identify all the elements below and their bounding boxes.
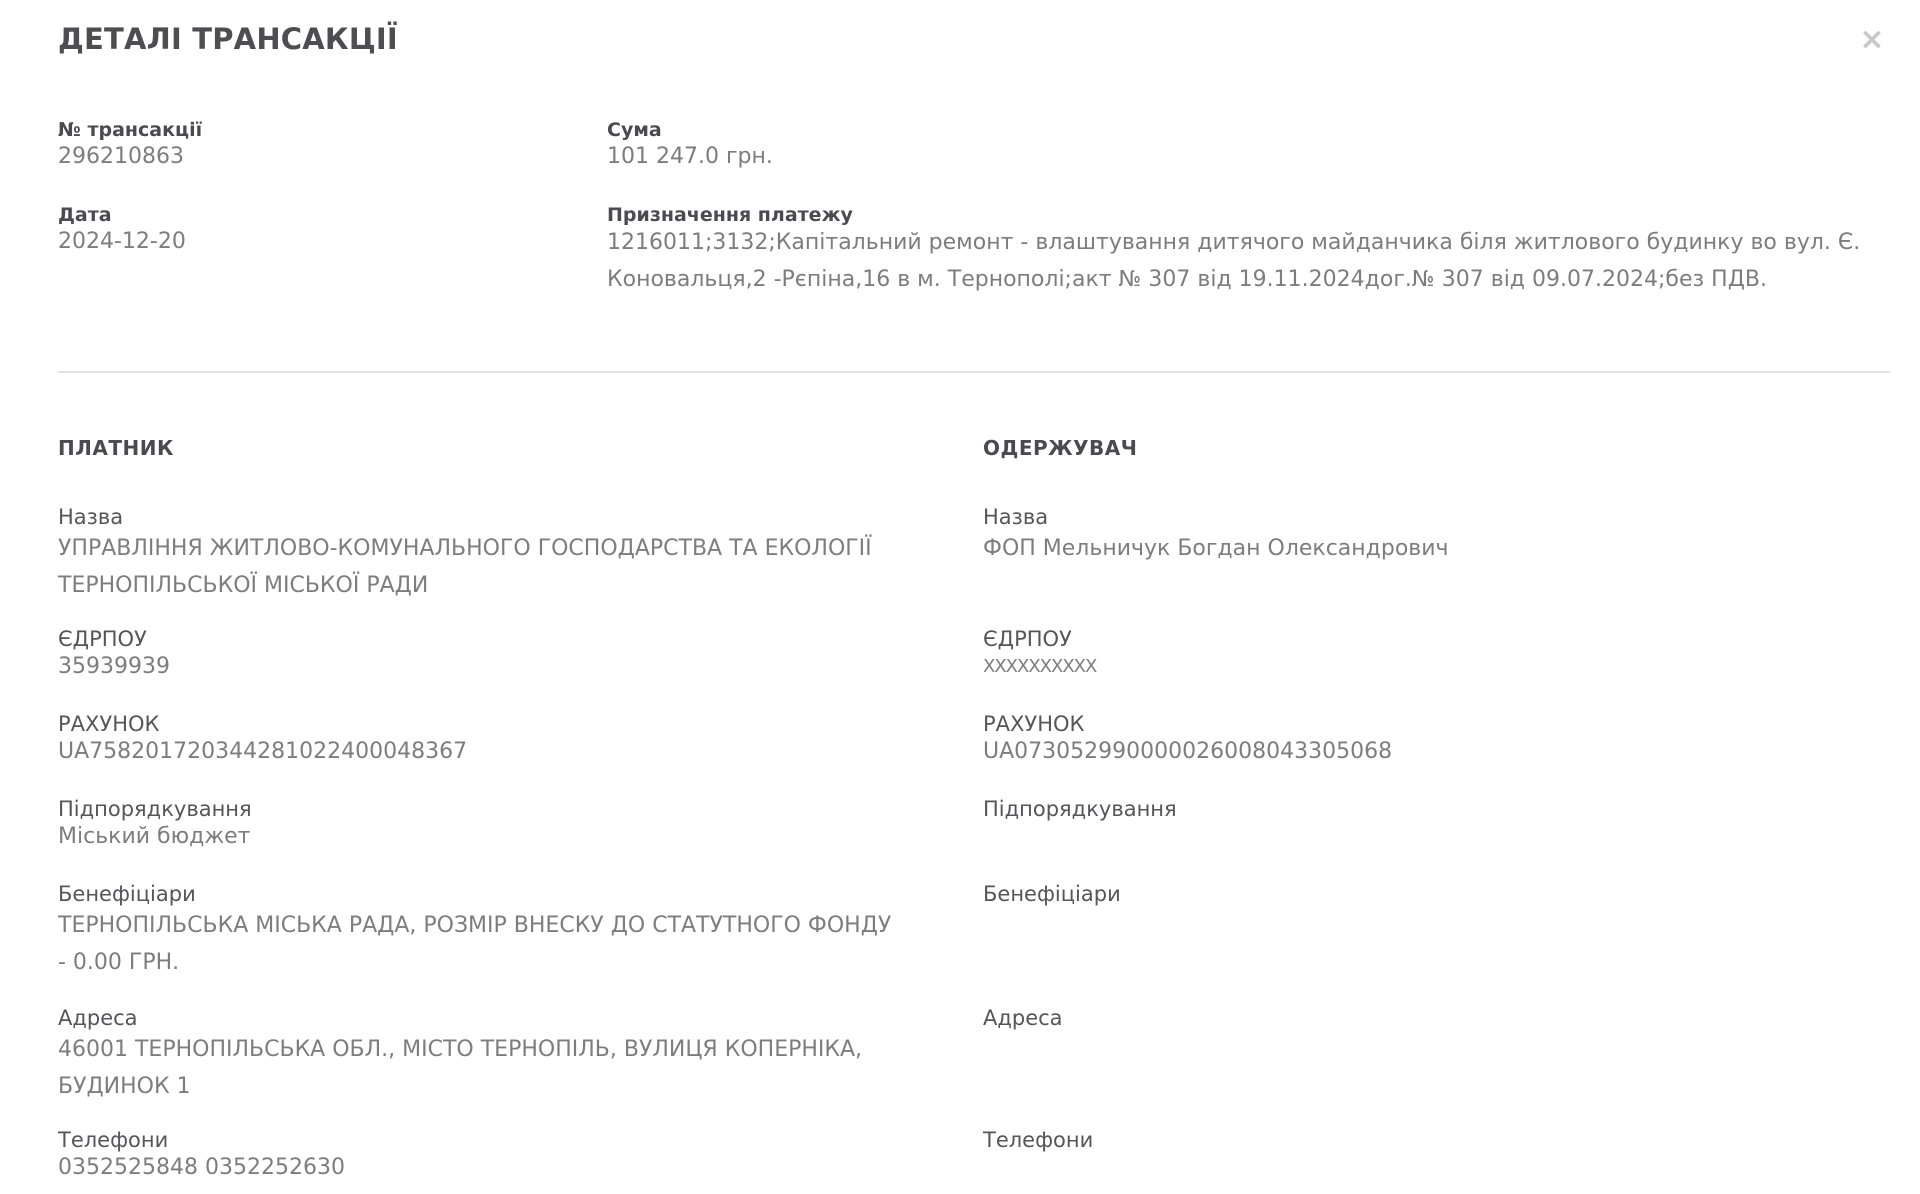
recipient-name-label: Назва: [983, 504, 1883, 530]
payer-beneficiaries-field: Бенефіціари ТЕРНОПІЛЬСЬКА МІСЬКА РАДА, Р…: [58, 881, 898, 981]
payer-address-label: Адреса: [58, 1005, 958, 1031]
payer-edrpou-field: ЄДРПОУ 35939939: [58, 626, 170, 682]
recipient-subordination-label: Підпорядкування: [983, 796, 1177, 822]
payer-section-title: ПЛАТНИК: [58, 436, 174, 460]
recipient-account-field: РАХУНОК UA073052990000026008043305068: [983, 711, 1392, 767]
payer-edrpou-label: ЄДРПОУ: [58, 626, 170, 652]
recipient-beneficiaries-field: Бенефіціари: [983, 881, 1121, 907]
payer-phones-value: 0352525848 0352252630: [58, 1153, 345, 1183]
close-icon[interactable]: ×: [1856, 24, 1888, 56]
payer-name-field: Назва УПРАВЛІННЯ ЖИТЛОВО-КОМУНАЛЬНОГО ГО…: [58, 504, 958, 604]
date-label: Дата: [58, 203, 186, 227]
recipient-beneficiaries-label: Бенефіціари: [983, 881, 1121, 907]
amount-field: Сума 101 247.0 грн.: [607, 118, 773, 172]
transaction-id-value: 296210863: [58, 142, 202, 172]
recipient-edrpou-label: ЄДРПОУ: [983, 626, 1096, 652]
payer-account-field: РАХУНОК UA758201720344281022400048367: [58, 711, 467, 767]
transaction-id-field: № трансакції 296210863: [58, 118, 202, 172]
recipient-address-label: Адреса: [983, 1005, 1063, 1031]
payer-beneficiaries-label: Бенефіціари: [58, 881, 898, 907]
transaction-id-label: № трансакції: [58, 118, 202, 142]
recipient-edrpou-field: ЄДРПОУ XXXXXXXXXX: [983, 626, 1096, 682]
payer-beneficiaries-value: ТЕРНОПІЛЬСЬКА МІСЬКА РАДА, РОЗМІР ВНЕСКУ…: [58, 907, 898, 981]
payer-name-label: Назва: [58, 504, 958, 530]
payer-account-value: UA758201720344281022400048367: [58, 737, 467, 767]
recipient-account-label: РАХУНОК: [983, 711, 1392, 737]
payer-phones-field: Телефони 0352525848 0352252630: [58, 1127, 345, 1183]
section-divider: [58, 371, 1890, 373]
recipient-edrpou-value: XXXXXXXXXX: [983, 652, 1096, 682]
payer-phones-label: Телефони: [58, 1127, 345, 1153]
amount-value: 101 247.0 грн.: [607, 142, 773, 172]
payer-subordination-label: Підпорядкування: [58, 796, 252, 822]
payer-address-value: 46001 ТЕРНОПІЛЬСЬКА ОБЛ., МІСТО ТЕРНОПІЛ…: [58, 1031, 958, 1105]
recipient-name-value: ФОП Мельничук Богдан Олександрович: [983, 530, 1883, 567]
recipient-phones-field: Телефони: [983, 1127, 1093, 1153]
payer-address-field: Адреса 46001 ТЕРНОПІЛЬСЬКА ОБЛ., МІСТО Т…: [58, 1005, 958, 1105]
recipient-name-field: Назва ФОП Мельничук Богдан Олександрович: [983, 504, 1883, 567]
payer-edrpou-value: 35939939: [58, 652, 170, 682]
recipient-section-title: ОДЕРЖУВАЧ: [983, 436, 1137, 460]
purpose-field: Призначення платежу 1216011;3132;Капітал…: [607, 203, 1897, 298]
amount-label: Сума: [607, 118, 773, 142]
recipient-account-value: UA073052990000026008043305068: [983, 737, 1392, 767]
recipient-address-field: Адреса: [983, 1005, 1063, 1031]
modal-title: ДЕТАЛІ ТРАНСАКЦІЇ: [58, 22, 398, 56]
payer-account-label: РАХУНОК: [58, 711, 467, 737]
purpose-value: 1216011;3132;Капітальний ремонт - влашту…: [607, 224, 1897, 298]
recipient-phones-label: Телефони: [983, 1127, 1093, 1153]
date-field: Дата 2024-12-20: [58, 203, 186, 257]
payer-name-value: УПРАВЛІННЯ ЖИТЛОВО-КОМУНАЛЬНОГО ГОСПОДАР…: [58, 530, 958, 604]
date-value: 2024-12-20: [58, 227, 186, 257]
recipient-subordination-field: Підпорядкування: [983, 796, 1177, 822]
payer-subordination-value: Міський бюджет: [58, 822, 252, 852]
payer-subordination-field: Підпорядкування Міський бюджет: [58, 796, 252, 852]
